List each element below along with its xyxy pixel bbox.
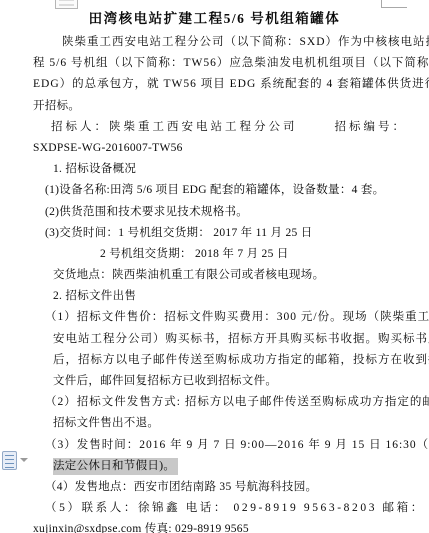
list-item: (3)交货时间：1 号机组交货期： 2017 年 11 月 25 日 — [45, 223, 400, 244]
list-item: (1)设备名称:田湾 5/6 项目 EDG 配套的箱罐体，设备数量：4 套。 — [45, 180, 400, 201]
paste-options-button[interactable] — [2, 451, 28, 471]
paragraph-line: 法定公休日和节假日)。 — [53, 456, 400, 477]
paragraph-line: 安电站工程分公司）购买标书，招标方开具购买标书收据。购买标书成功 — [53, 329, 400, 350]
paste-options-icon — [2, 451, 17, 470]
paragraph-line: （4）发售地点：西安市团结南路 35 号航海科技园。 — [45, 477, 400, 498]
bid-number-value: SXDPSE-WG-2016007-TW56 — [33, 138, 400, 159]
document-body: 陕柴重工西安电站工程分公司（以下简称：SXD）作为中核核电站扩建工 程 5/6 … — [0, 32, 429, 533]
document-title: 田湾核电站扩建工程5/6 号机组箱罐体 — [0, 6, 429, 32]
bidder-name: 招标人：陕柴重工西安电站工程分公司 — [51, 117, 298, 138]
section-heading: 1. 招标设备概况 — [53, 159, 400, 180]
paragraph-line: 开招标。 — [33, 96, 400, 117]
chevron-down-icon — [20, 458, 28, 462]
paragraph-line: 后，招标方以电子邮件传送至购标成功方指定的邮箱，投标方在收到招标 — [53, 350, 400, 371]
contact-email-line: xujinxin@sxdpse.com 传真: 029-8919 9565 — [33, 519, 400, 533]
paragraph-line: 招标文件售出不退。 — [53, 413, 400, 434]
list-item: 交货地点：陕西柴油机重工有限公司或者核电现场。 — [53, 265, 400, 286]
paragraph-line: EDG）的总承包方，就 TW56 项目 EDG 系统配套的 4 套箱罐体供货进行… — [33, 74, 400, 95]
paragraph-line: 程 5/6 号机组（以下简称：TW56）应急柴油发电机机组项目（以下简称： — [33, 53, 400, 74]
paragraph-line: （3）发售时间：2016 年 9 月 7 日 9:00—2016 年 9 月 1… — [45, 435, 400, 456]
document-page: 田湾核电站扩建工程5/6 号机组箱罐体 陕柴重工西安电站工程分公司（以下简称：S… — [0, 0, 429, 533]
contact-line: （5）联系人：徐锦鑫 电话： 029-8919 9563-8203 邮箱： — [45, 498, 400, 519]
highlighted-text: 法定公休日和节假日)。 — [53, 458, 178, 475]
paragraph-line: （2）招标文件发售方式: 招标方以电子邮件传送至购标成功方指定的邮箱， — [45, 392, 400, 413]
paragraph-line: 陕柴重工西安电站工程分公司（以下简称：SXD）作为中核核电站扩建工 — [62, 32, 400, 53]
list-item: (2)供货范围和技术要求见技术规格书。 — [45, 202, 400, 223]
list-item-continuation: 2 号机组交货期： 2018 年 7 月 25 日 — [100, 244, 400, 265]
paragraph-line: 文件后，邮件回复招标方已收到招标文件。 — [53, 371, 400, 392]
paragraph-line: （1）招标文件售价：招标文件购买费用：300 元/份。现场（陕柴重工西 — [45, 307, 400, 328]
bid-info-row: 招标人：陕柴重工西安电站工程分公司 招标编号： — [51, 117, 407, 138]
section-heading: 2. 招标文件出售 — [53, 286, 400, 307]
bid-number-label: 招标编号： — [335, 117, 408, 138]
